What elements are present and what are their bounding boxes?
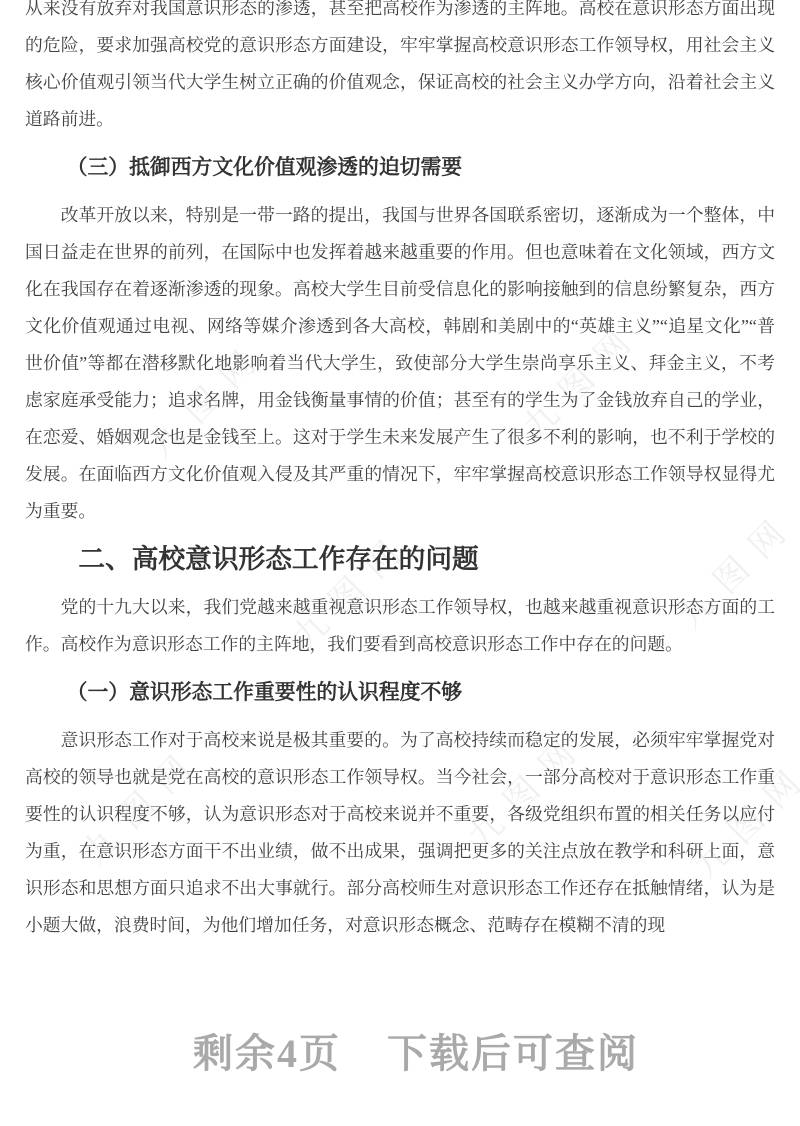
paragraph-19th-congress: 党的十九大以来，我们党越来越重视意识形态工作领导权，也越来越重视意识形态方面的工… xyxy=(25,589,775,663)
paragraph-ideology-importance: 意识形态工作对于高校来说是极其重要的。为了高校持续而稳定的发展，必须牢牢掌握党对… xyxy=(25,722,775,944)
download-hint-label[interactable]: 下载后可查阅 xyxy=(387,1022,639,1079)
document-body: 从来没有放弃对我国意识形态的渗透，甚至把高校作为渗透的主阵地。高校在意识形态方面… xyxy=(0,0,800,944)
paragraph-continuation: 从来没有放弃对我国意识形态的渗透，甚至把高校作为渗透的主阵地。高校在意识形态方面… xyxy=(25,0,775,138)
section-heading-problems: 二、高校意识形态工作存在的问题 xyxy=(25,541,775,578)
subheading-insufficient-awareness: （一）意识形态工作重要性的认识程度不够 xyxy=(25,674,775,711)
pages-remaining-label: 剩余4页 xyxy=(193,1022,341,1079)
subheading-resist-western-values: （三）抵御西方文化价值观渗透的迫切需要 xyxy=(25,149,775,186)
paragraph-reform-opening: 改革开放以来，特别是一带一路的提出，我国与世界各国联系密切，逐渐成为一个整体，中… xyxy=(25,197,775,530)
document-page: 九图网 九图网 九图网 九图网 九图网 九图网 九图网 从来没有放弃对我国意识形… xyxy=(0,0,800,1126)
download-notice-banner[interactable]: 剩余4页 下载后可查阅 xyxy=(193,1022,639,1079)
